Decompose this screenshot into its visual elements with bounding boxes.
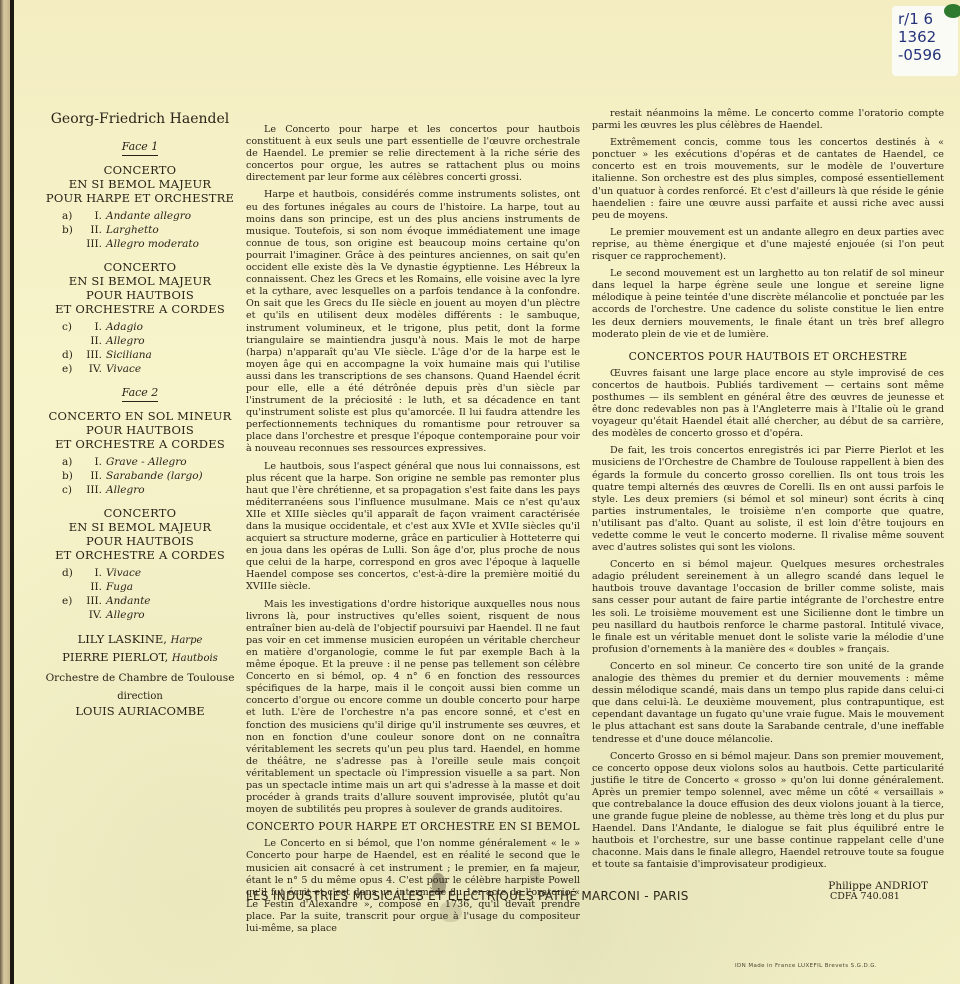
movement-list: a)I. Andante allegrob)II. LarghettoIII. … <box>62 209 240 251</box>
orchestra: Orchestre de Chambre de Toulouse <box>40 670 240 686</box>
library-sticker: r/1 6 1362 -0596 <box>892 6 958 76</box>
conductor: LOUIS AURIACOMBE <box>40 705 240 717</box>
section-heading: CONCERTO POUR HARPE ET ORCHESTRE EN SI B… <box>246 821 580 833</box>
paragraph: Œuvres faisant une large place encore au… <box>592 368 944 441</box>
catalog-number: CDFA 740.081 <box>830 891 900 902</box>
movement: c)I. Adagio <box>62 320 240 334</box>
paragraph: Concerto en si bémol majeur. Quelques me… <box>592 559 944 656</box>
direction-label: direction <box>40 689 240 705</box>
movement-list: a)I. Grave - Allegrob)II. Sarabande (lar… <box>62 455 240 497</box>
movement-list: c)I. AdagioII. Allegrod)III. Sicilianae)… <box>62 320 240 376</box>
performers: LILY LASKINE, Harpe PIERRE PIERLOT, Haut… <box>40 631 240 717</box>
paragraph: De fait, les trois concertos enregistrés… <box>592 445 944 554</box>
green-dot-icon <box>944 4 960 18</box>
performer: LILY LASKINE, Harpe <box>40 631 240 649</box>
movement: IV. Allegro <box>62 608 240 622</box>
movement: III. Allegro moderato <box>62 237 240 251</box>
concerto-title: CONCERTOEN SI BEMOL MAJEURPOUR HARPE ET … <box>40 163 240 205</box>
face-2-label: Face 2 <box>122 386 159 402</box>
paragraph: Le second mouvement est un larghetto au … <box>592 268 944 341</box>
movement: II. Fuga <box>62 580 240 594</box>
movement: a)I. Grave - Allegro <box>62 455 240 469</box>
movement: b)II. Sarabande (largo) <box>62 469 240 483</box>
movement-list: d)I. VivaceII. Fugae)III. AndanteIV. All… <box>62 566 240 622</box>
sticker-line: -0596 <box>898 46 952 64</box>
movement: II. Allegro <box>62 334 240 348</box>
paragraph: Mais les investigations d'ordre historiq… <box>246 599 580 817</box>
paragraph: restait néanmoins la même. Le concerto c… <box>592 108 944 132</box>
movement: e)IV. Vivace <box>62 362 240 376</box>
paragraph: Le Concerto en si bémol, que l'on nomme … <box>246 838 580 935</box>
notes-column-2: restait néanmoins la même. Le concerto c… <box>592 108 944 892</box>
movement: d)I. Vivace <box>62 566 240 580</box>
album-back-cover: r/1 6 1362 -0596 Georg-Friedrich Haendel… <box>0 0 960 984</box>
concerto-title: CONCERTOEN SI BEMOL MAJEURPOUR HAUTBOISE… <box>40 506 240 562</box>
publisher-line: LES INDUSTRIES MUSICALES ET ÉLECTRIQUES … <box>246 889 689 903</box>
concerto-title: CONCERTOEN SI BEMOL MAJEURPOUR HAUTBOISE… <box>40 260 240 316</box>
paragraph: Extrêmement concis, comme tous les conce… <box>592 137 944 222</box>
movement: c)III. Allegro <box>62 483 240 497</box>
spine-edge <box>0 0 10 984</box>
notes-column-1: Le Concerto pour harpe et les concertos … <box>246 124 580 940</box>
paragraph: Concerto Grosso en si bémol majeur. Dans… <box>592 751 944 872</box>
movement: e)III. Andante <box>62 594 240 608</box>
face-1-label: Face 1 <box>122 140 159 156</box>
movement: b)II. Larghetto <box>62 223 240 237</box>
movement: a)I. Andante allegro <box>62 209 240 223</box>
movement: d)III. Siciliana <box>62 348 240 362</box>
fine-print: IDN Made in France LUXEFIL Brevets S.G.D… <box>735 963 877 969</box>
spine-border <box>10 0 14 984</box>
paragraph: Le hautbois, sous l'aspect général que n… <box>246 461 580 594</box>
section-heading: CONCERTOS POUR HAUTBOIS ET ORCHESTRE <box>592 351 944 363</box>
paragraph: Le Concerto pour harpe et les concertos … <box>246 124 580 184</box>
tracklist: Georg-Friedrich Haendel Face 1 CONCERTOE… <box>40 112 240 717</box>
sticker-line: 1362 <box>898 28 952 46</box>
paragraph: Le premier mouvement est un andante alle… <box>592 227 944 263</box>
composer-name: Georg-Friedrich Haendel <box>40 112 240 126</box>
paragraph: Harpe et hautbois, considérés comme inst… <box>246 189 580 455</box>
paragraph: Concerto en sol mineur. Ce concerto tire… <box>592 661 944 746</box>
concerto-title: CONCERTO EN SOL MINEURPOUR HAUTBOISET OR… <box>40 409 240 451</box>
performer: PIERRE PIERLOT, Hautbois <box>40 649 240 667</box>
